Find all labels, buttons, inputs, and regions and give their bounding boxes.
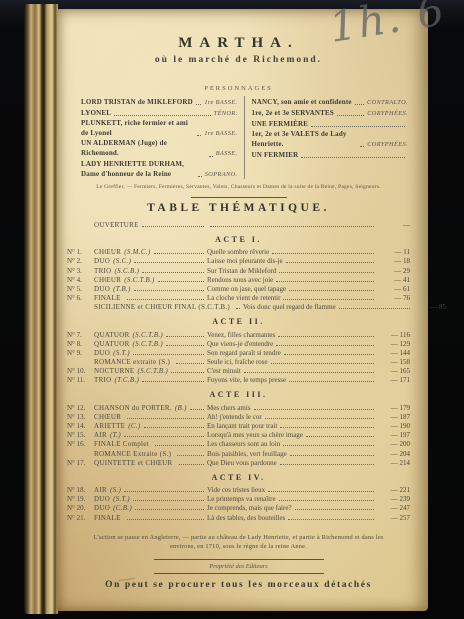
- character-name: LYONEL: [81, 108, 111, 118]
- piece-page: — 171: [377, 376, 410, 384]
- leader-dots: [276, 344, 374, 346]
- leader-dots: [339, 307, 410, 309]
- piece-row: N° 13. CHŒUR Ah! j'entends le cor — 187: [67, 412, 410, 421]
- piece-page: — 116: [377, 331, 410, 339]
- leader-dots: [190, 408, 204, 410]
- leader-dots: [280, 426, 374, 428]
- piece-title: DUO(S.T.): [94, 495, 130, 503]
- piece-page: — 190: [377, 422, 410, 430]
- leader-dots: [176, 362, 204, 364]
- book-spine-edges: [24, 4, 58, 614]
- piece-incipit: Que viens-je d'entendre: [207, 340, 377, 348]
- piece-row: N° 16. FINALE Complet Les chasseurs sont…: [67, 439, 410, 448]
- leader-dots: [286, 261, 374, 263]
- character-name: 1er, 2e et 3e VALETS de Lady Henriette.: [252, 129, 358, 149]
- leader-dots: [124, 435, 204, 437]
- piece-row: N° 20. DUO(C.B.) Je comprends, mais que …: [67, 503, 410, 512]
- piece-incipit: Le printemps va renaître: [207, 495, 377, 503]
- leader-dots: [284, 353, 374, 355]
- piece-row: SICILIENNE et CHŒUR FINAL (S.C.T.B.) Voi…: [67, 302, 410, 311]
- piece-title: CHŒUR(S.C.T.B.): [94, 276, 155, 284]
- leader-dots: [337, 114, 364, 116]
- piece-row: N° 17. QUINTETTE et CHŒUR Que Dieu vous …: [67, 458, 410, 467]
- character-name: 1re, 2e et 3e SERVANTES: [252, 108, 334, 118]
- piece-incipit: Vide ces tristes lieux: [207, 486, 377, 494]
- piece-number: N° 5.: [67, 285, 94, 293]
- piece-number: N° 9.: [67, 349, 94, 357]
- piece-cast: (S.C.T.B.): [133, 340, 163, 348]
- piece-row: N° 15. AIR(T.) Lorsqu'à mes yeux sa chèr…: [67, 430, 410, 439]
- divider-rule: [154, 573, 324, 574]
- piece-number: N° 16.: [67, 440, 94, 448]
- piece-number: N° 19.: [67, 495, 94, 503]
- personnages-columns: LORD TRISTAN de MIKLEFORD 1re BASSE. LYO…: [67, 96, 410, 179]
- leader-dots: [142, 380, 204, 382]
- piece-cast: (S.): [110, 486, 121, 494]
- piece-title: DUO(S.T.): [94, 349, 130, 357]
- leader-dots: [196, 103, 201, 105]
- piece-title: AIR(S.): [94, 486, 121, 494]
- table-thematique-heading: TABLE THÉMATIQUE.: [67, 202, 410, 214]
- leader-dots: [355, 103, 364, 105]
- piece-number: N° 8.: [67, 340, 94, 348]
- leader-dots: [289, 380, 374, 382]
- voice-type: CORYPHÉES.: [367, 140, 408, 149]
- leader-dots: [289, 289, 374, 291]
- piece-number: N° 1.: [67, 248, 94, 256]
- act3-heading: ACTE III.: [67, 390, 410, 399]
- piece-number: N° 15.: [67, 431, 94, 439]
- piece-incipit: Là des tables, des bouteilles: [207, 514, 377, 522]
- piece-row: N° 12. CHANSON du PORTER.(B.) Mes chers …: [67, 402, 410, 411]
- piece-page: — 11: [377, 248, 410, 256]
- piece-incipit: Laisse moi pleurante dis-je: [207, 257, 377, 265]
- piece-title: CHANSON du PORTER.(B.): [94, 404, 187, 412]
- leader-dots: [288, 518, 374, 520]
- leader-dots: [127, 518, 204, 520]
- leader-dots: [135, 508, 204, 510]
- leader-dots: [271, 362, 374, 364]
- leader-dots: [197, 134, 201, 136]
- personnage-entry: UN FERMIER: [252, 149, 409, 160]
- leader-dots: [244, 371, 374, 373]
- leader-dots: [166, 335, 204, 337]
- leader-dots: [179, 463, 205, 465]
- piece-cast: (C.B.): [113, 504, 132, 512]
- piece-cast: (S.T.): [113, 349, 130, 357]
- piece-row: ROMANCE extraite (S.) Seule ici, fraîche…: [67, 357, 410, 366]
- photo-background: 1h. 6 MARTHA. où le marché de Richemond.…: [0, 0, 464, 619]
- voice-type: 1re BASSE.: [204, 98, 237, 107]
- piece-page: — 29: [377, 267, 410, 275]
- piece-incipit: Lorsqu'à mes yeux sa chère image: [207, 431, 377, 439]
- piece-cast: (C.): [128, 422, 140, 430]
- personnages-left-column: LORD TRISTAN de MIKLEFORD 1re BASSE. LYO…: [67, 96, 245, 179]
- piece-cast: (T.): [110, 431, 121, 439]
- leader-dots: [276, 280, 374, 282]
- piece-number: N° 21.: [67, 514, 94, 522]
- piece-incipit: Sur Tristan de Mikleford: [207, 267, 377, 275]
- piece-number: N° 10.: [67, 367, 94, 375]
- character-name: LORD TRISTAN de MIKLEFORD: [81, 97, 193, 107]
- voice-type: BASSE.: [216, 149, 238, 158]
- leader-dots: [158, 280, 204, 282]
- voice-type: TÉNOR.: [214, 109, 238, 118]
- piece-incipit: Rendons nous avec joie: [207, 276, 377, 284]
- leader-dots: [295, 508, 374, 510]
- piece-title: ROMANCE extraite (S.): [94, 358, 173, 366]
- piece-number: N° 2.: [67, 257, 94, 265]
- piece-title: CHŒUR: [94, 413, 124, 421]
- personnages-right-column: NANCY, son amie et confidente CONTRALTO.…: [245, 96, 411, 179]
- piece-number: N° 6.: [67, 294, 94, 302]
- piece-incipit: Fuyons vite, le temps presse: [207, 376, 377, 384]
- piece-title: FINALE: [94, 514, 124, 522]
- leader-dots: [290, 454, 374, 456]
- piece-title: OUVERTURE: [94, 221, 139, 229]
- personnage-entry: UNE FERMIÈRE: [252, 118, 409, 129]
- page-subtitle: où le marché de Richemond.: [67, 55, 410, 65]
- thematic-table: OUVERTURE — ACTE I. N° 1. CHŒUR(S.M.C.) …: [67, 220, 410, 522]
- leader-dots: [166, 344, 204, 346]
- piece-cast: (B.): [175, 404, 187, 412]
- piece-incipit: Quelle sombre rêverie: [207, 248, 377, 256]
- piece-cast: (T.B.): [113, 285, 131, 293]
- piece-page: — 165: [377, 367, 410, 375]
- piece-number: N° 18.: [67, 486, 94, 494]
- piece-title: QUATUOR(S.C.T.B.): [94, 331, 163, 339]
- piece-incipit: Venez, filles charmantes: [207, 331, 377, 339]
- piece-title: ROMANCE Extraite (S.): [94, 450, 174, 458]
- piece-cast: (S.C.B.): [115, 267, 140, 275]
- piece-incipit: Vois donc quel regard de flamme: [243, 303, 413, 311]
- leader-dots: [278, 335, 374, 337]
- leader-dots: [283, 298, 374, 300]
- leader-dots: [142, 271, 204, 273]
- piece-row: N° 11. TRIO(T.C.B.) Fuyons vite, le temp…: [67, 375, 410, 384]
- piece-page: — 204: [377, 450, 410, 458]
- piece-title: AIR(T.): [94, 431, 121, 439]
- piece-incipit: Que Dieu vous pardonne: [207, 459, 377, 467]
- piece-title: QUATUOR(S.C.T.B.): [94, 340, 163, 348]
- piece-page: — 214: [377, 459, 410, 467]
- piece-cast: (S.C.T.B.): [124, 276, 154, 284]
- piece-page: — 85: [413, 303, 446, 311]
- leader-dots: [134, 261, 204, 263]
- piece-incipit: [207, 225, 377, 229]
- piece-title: DUO(T.B.): [94, 285, 131, 293]
- piece-row: N° 7. QUATUOR(S.C.T.B.) Venez, filles ch…: [67, 329, 410, 338]
- leader-dots: [177, 454, 204, 456]
- leader-dots: [210, 225, 374, 227]
- personnage-entry: 1er, 2e et 3e VALETS de Lady Henriette. …: [252, 129, 409, 149]
- voice-type: CONTRALTO.: [367, 98, 408, 107]
- piece-incipit: C'est minuit: [207, 367, 377, 375]
- piece-page: — 158: [377, 358, 410, 366]
- piece-row: N° 9. DUO(S.T.) Son regard paraît si ten…: [67, 348, 410, 357]
- piece-incipit: Seule ici, fraîche rose: [207, 358, 377, 366]
- piece-cast: (S.T.): [113, 495, 130, 503]
- piece-number: N° 13.: [67, 413, 94, 421]
- voice-type: SOPRANO.: [205, 170, 238, 179]
- leader-dots: [306, 435, 374, 437]
- leader-dots: [134, 289, 204, 291]
- piece-cast: (T.C.B.): [115, 376, 140, 384]
- leader-dots: [283, 444, 374, 446]
- personnage-entry: 1re, 2e et 3e SERVANTES CORYPHÉES.: [252, 107, 409, 118]
- piece-row: N° 5. DUO(T.B.) Comme on jase, quel tapa…: [67, 284, 410, 293]
- leader-dots: [155, 444, 204, 446]
- piece-incipit: Mes chers amis: [207, 404, 377, 412]
- piece-page: — 239: [377, 495, 410, 503]
- personnage-entry: UN ALDERMAN (Juge) de Richemond. BASSE.: [81, 138, 238, 158]
- piece-row: N° 8. QUATUOR(S.C.T.B.) Que viens-je d'e…: [67, 339, 410, 348]
- divider-rule: [191, 197, 287, 198]
- piece-cast: (S.C.T.B.): [133, 331, 163, 339]
- leader-dots: [268, 490, 374, 492]
- piece-title: SICILIENNE et CHŒUR FINAL (S.C.T.B.): [94, 303, 233, 311]
- piece-incipit: Ah! j'entends le cor: [207, 413, 377, 421]
- leader-dots: [360, 145, 364, 147]
- piece-page: — 41: [377, 276, 410, 284]
- piece-cast: (S.M.C.): [124, 248, 150, 256]
- piece-number: N° 4.: [67, 276, 94, 284]
- piece-incipit: Je comprends, mais que faire?: [207, 504, 377, 512]
- leader-dots: [114, 114, 210, 116]
- piece-title: QUINTETTE et CHŒUR: [94, 459, 176, 467]
- piece-incipit: Son regard paraît si tendre: [207, 349, 377, 357]
- leader-dots: [154, 252, 205, 254]
- piece-title: ARIETTE(C.): [94, 422, 141, 430]
- piece-row: N° 6. FINALE La cloche vient de retentir…: [67, 293, 410, 302]
- leader-dots: [171, 371, 204, 373]
- piece-title: CHŒUR(S.M.C.): [94, 248, 151, 256]
- leader-dots: [127, 298, 204, 300]
- personnage-entry: LORD TRISTAN de MIKLEFORD 1re BASSE.: [81, 96, 238, 107]
- piece-title: FINALE: [94, 294, 124, 302]
- piece-incipit: Bois paisibles, vert feuillage: [207, 450, 377, 458]
- piece-cast: (S.C.): [113, 257, 131, 265]
- piece-title: DUO(C.B.): [94, 504, 132, 512]
- piece-page: — 221: [377, 486, 410, 494]
- personnages-footnote: Le Greffier, — Fermiers, Fermières, Serv…: [67, 184, 410, 190]
- piece-row: N° 4. CHŒUR(S.C.T.B.) Rendons nous avec …: [67, 275, 410, 284]
- piece-row: N° 21. FINALE Là des tables, des bouteil…: [67, 512, 410, 521]
- leader-dots: [279, 499, 374, 501]
- act4-heading: ACTE IV.: [67, 473, 410, 482]
- piece-number: N° 11.: [67, 376, 94, 384]
- piece-title: TRIO(S.C.B.): [94, 267, 139, 275]
- leader-dots: [236, 307, 240, 309]
- piece-row: N° 19. DUO(S.T.) Le printemps va renaîtr…: [67, 494, 410, 503]
- piece-number: N° 14.: [67, 422, 94, 430]
- character-name: UN ALDERMAN (Juge) de Richemond.: [81, 138, 206, 158]
- piece-page: — 129: [377, 340, 410, 348]
- piece-number: N° 20.: [67, 504, 94, 512]
- property-notice: Propriété des Editeurs: [67, 563, 410, 570]
- score-title-page: MARTHA. où le marché de Richemond. PERSO…: [57, 9, 428, 611]
- leader-dots: [209, 155, 213, 157]
- leader-dots: [280, 463, 374, 465]
- voice-type: CORYPHÉES.: [367, 109, 408, 118]
- piece-title: NOCTURNE(S.C.T.B.): [94, 367, 168, 375]
- piece-number: N° 3.: [67, 267, 94, 275]
- character-name: UNE FERMIÈRE: [252, 119, 309, 129]
- page-content: MARTHA. où le marché de Richemond. PERSO…: [57, 9, 428, 590]
- leader-dots: [127, 417, 204, 419]
- piece-row: N° 2. DUO(S.C.) Laisse moi pleurante dis…: [67, 256, 410, 265]
- piece-page: — 18: [377, 257, 410, 265]
- piece-number: N° 12.: [67, 404, 94, 412]
- piece-page: — 197: [377, 431, 410, 439]
- divider-rule: [154, 559, 324, 560]
- piece-incipit: Comme on jase, quel tapage: [207, 285, 377, 293]
- piece-page: — 200: [377, 440, 410, 448]
- piece-row: N° 3. TRIO(S.C.B.) Sur Tristan de Miklef…: [67, 265, 410, 274]
- leader-dots: [133, 499, 204, 501]
- leader-dots: [133, 353, 204, 355]
- voice-type: 1re BASSE.: [204, 129, 237, 138]
- piece-incipit: En lançant trait pour trait: [207, 422, 377, 430]
- character-name: UN FERMIER: [252, 150, 299, 160]
- piece-row: N° 10. NOCTURNE(S.C.T.B.) C'est minuit —…: [67, 366, 410, 375]
- leader-dots: [272, 252, 374, 254]
- leader-dots: [254, 408, 374, 410]
- piece-row: N° 14. ARIETTE(C.) En lançant trait pour…: [67, 421, 410, 430]
- piece-row: N° 1. CHŒUR(S.M.C.) Quelle sombre rêveri…: [67, 247, 410, 256]
- piece-page: — 76: [377, 294, 410, 302]
- piece-row: N° 18. AIR(S.) Vide ces tristes lieux — …: [67, 485, 410, 494]
- overture-row: OUVERTURE —: [67, 220, 410, 229]
- piece-number: N° 17.: [67, 459, 94, 467]
- piece-page: — 247: [377, 504, 410, 512]
- leader-dots: [142, 225, 204, 227]
- piece-row: ROMANCE Extraite (S.) Bois paisibles, ve…: [67, 448, 410, 457]
- piece-page: — 179: [377, 404, 410, 412]
- piece-title: DUO(S.C.): [94, 257, 131, 265]
- piece-page: — 144: [377, 349, 410, 357]
- act1-heading: ACTE I.: [67, 235, 410, 244]
- leader-dots: [301, 156, 405, 158]
- leader-dots: [311, 125, 405, 127]
- act2-heading: ACTE II.: [67, 317, 410, 326]
- personnage-entry: NANCY, son amie et confidente CONTRALTO.: [252, 96, 409, 107]
- piece-page: — 257: [377, 514, 410, 522]
- leader-dots: [279, 271, 374, 273]
- personnages-heading: PERSONNAGES: [67, 85, 410, 92]
- piece-page: — 61: [377, 285, 410, 293]
- leader-dots: [124, 490, 204, 492]
- character-name: NANCY, son amie et confidente: [252, 97, 352, 107]
- leader-dots: [265, 417, 374, 419]
- character-name: PLUNKETT, riche fermier et ami de Lyonel: [81, 118, 194, 138]
- personnage-entry: LYONEL TÉNOR.: [81, 107, 238, 118]
- piece-incipit: Les chasseurs sont au loin: [207, 440, 377, 448]
- personnage-entry: LADY HENRIETTE DURHAM, Dame d'honneur de…: [81, 159, 238, 179]
- action-setting-note: L'action se passe en Angleterre, — parti…: [67, 533, 410, 552]
- leader-dots: [198, 175, 202, 177]
- piece-title: TRIO(T.C.B.): [94, 376, 139, 384]
- leader-dots: [144, 426, 204, 428]
- personnage-entry: PLUNKETT, riche fermier et ami de Lyonel…: [81, 118, 238, 138]
- piece-page: — 187: [377, 413, 410, 421]
- piece-title: FINALE Complet: [94, 440, 152, 448]
- piece-number: N° 7.: [67, 331, 94, 339]
- piece-incipit: La cloche vient de retentir: [207, 294, 377, 302]
- character-name: LADY HENRIETTE DURHAM, Dame d'honneur de…: [81, 159, 195, 179]
- piece-cast: (S.C.T.B.): [138, 367, 168, 375]
- piece-page: —: [377, 221, 410, 229]
